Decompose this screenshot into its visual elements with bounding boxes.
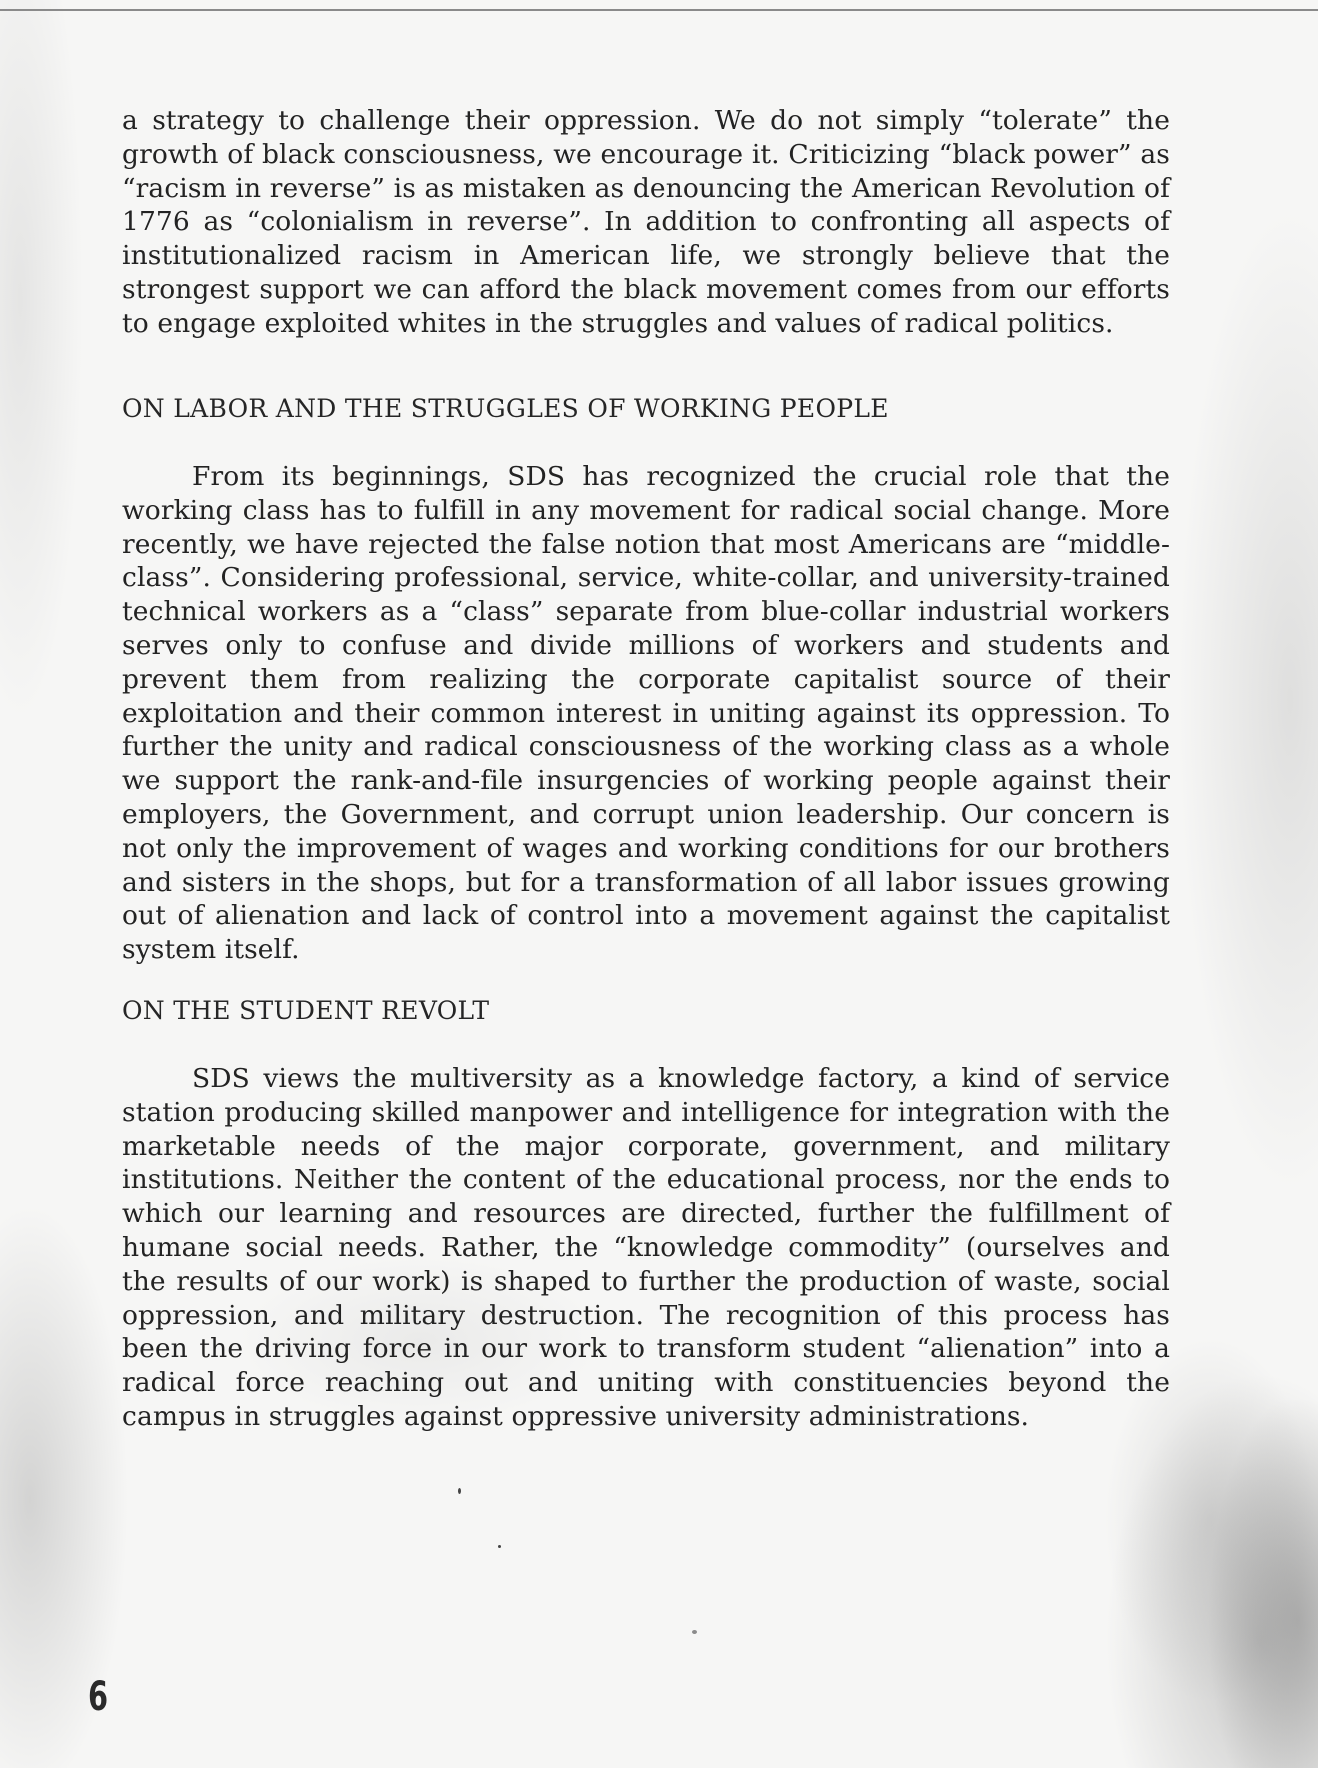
ink-speck [498, 1545, 501, 1548]
scanned-page: a strategy to challenge their oppression… [0, 0, 1318, 1768]
page-number: 6 [88, 1674, 108, 1720]
student-revolt-paragraph-block: SDS views the multiversity as a knowledg… [122, 1062, 1170, 1434]
ink-speck [692, 1630, 697, 1634]
labor-paragraph: From its beginnings, SDS has recognized … [122, 460, 1170, 967]
ink-speck [458, 1488, 461, 1494]
section-heading-student-revolt: ON THE STUDENT REVOLT [122, 994, 489, 1028]
intro-paragraph-block: a strategy to challenge their oppression… [122, 104, 1170, 341]
top-border-rule [0, 9, 1318, 11]
water-stain [1178, 1400, 1318, 1768]
student-revolt-paragraph: SDS views the multiversity as a knowledg… [122, 1062, 1170, 1434]
labor-paragraph-block: From its beginnings, SDS has recognized … [122, 460, 1170, 967]
intro-paragraph: a strategy to challenge their oppression… [122, 104, 1170, 341]
section-heading-labor: ON LABOR AND THE STRUGGLES OF WORKING PE… [122, 392, 889, 426]
